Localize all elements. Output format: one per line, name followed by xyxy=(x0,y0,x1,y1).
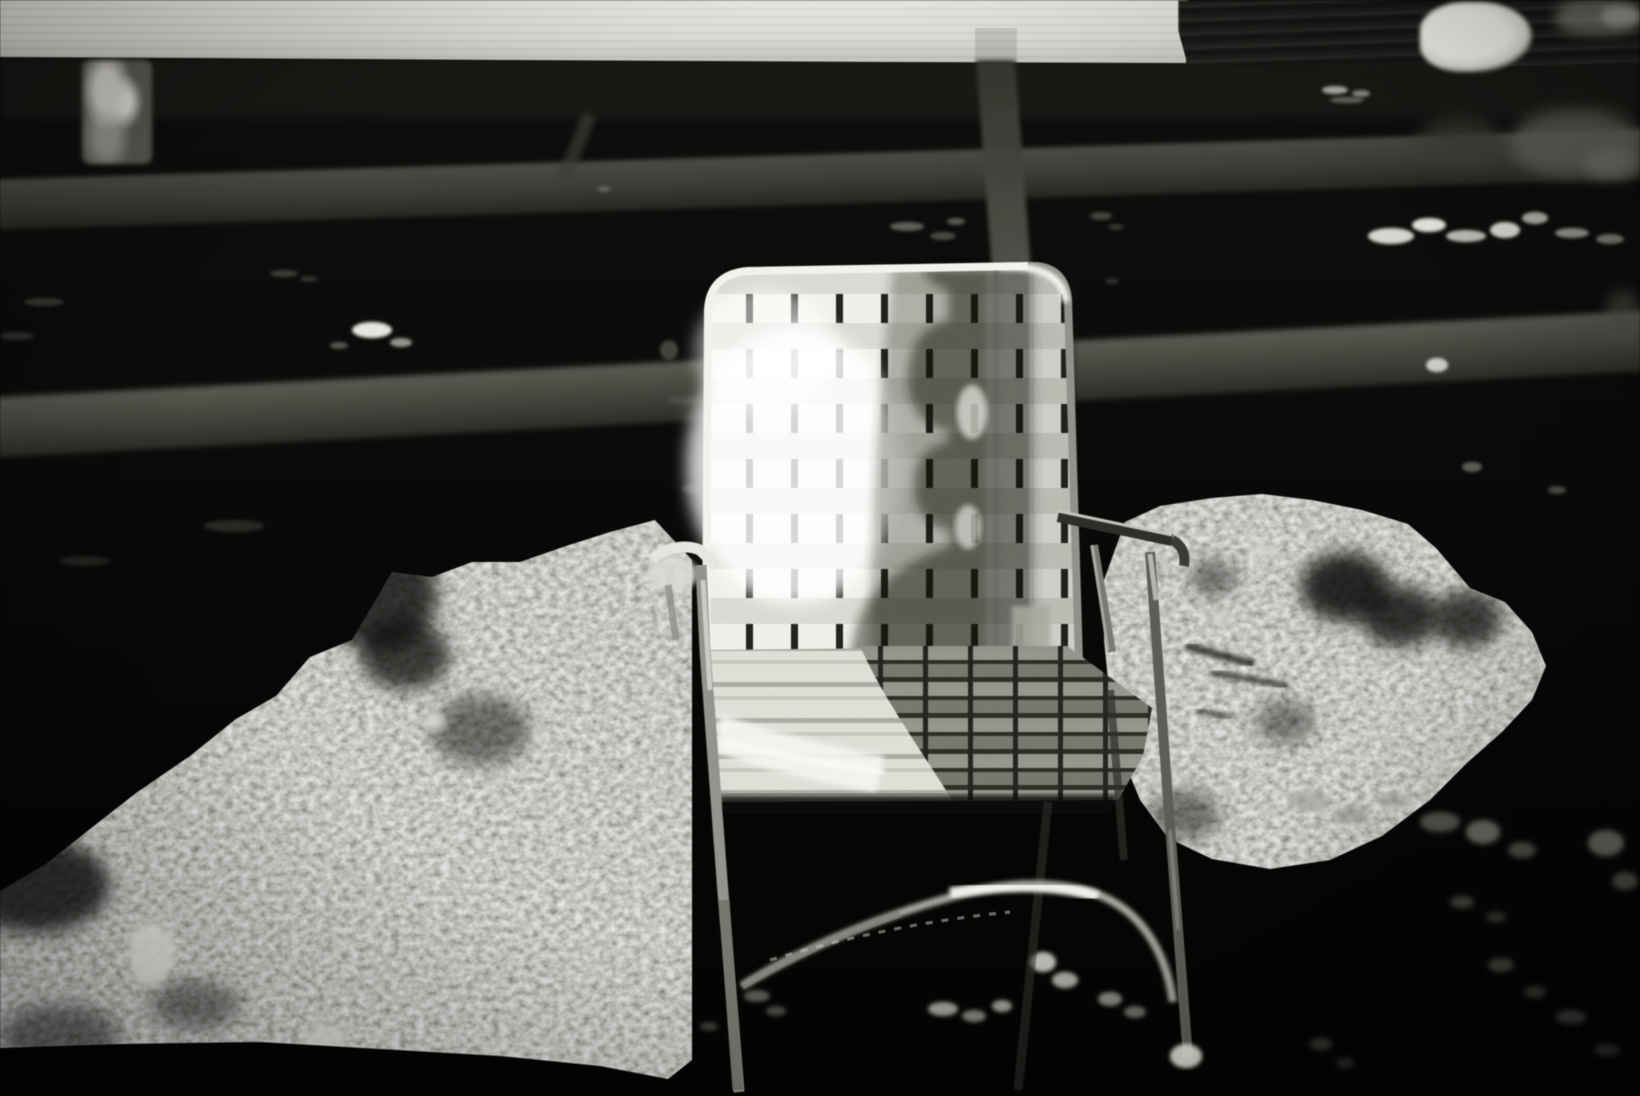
vignette-overlay xyxy=(0,0,1640,1096)
photo-black-white-lawn-chair xyxy=(0,0,1640,1096)
